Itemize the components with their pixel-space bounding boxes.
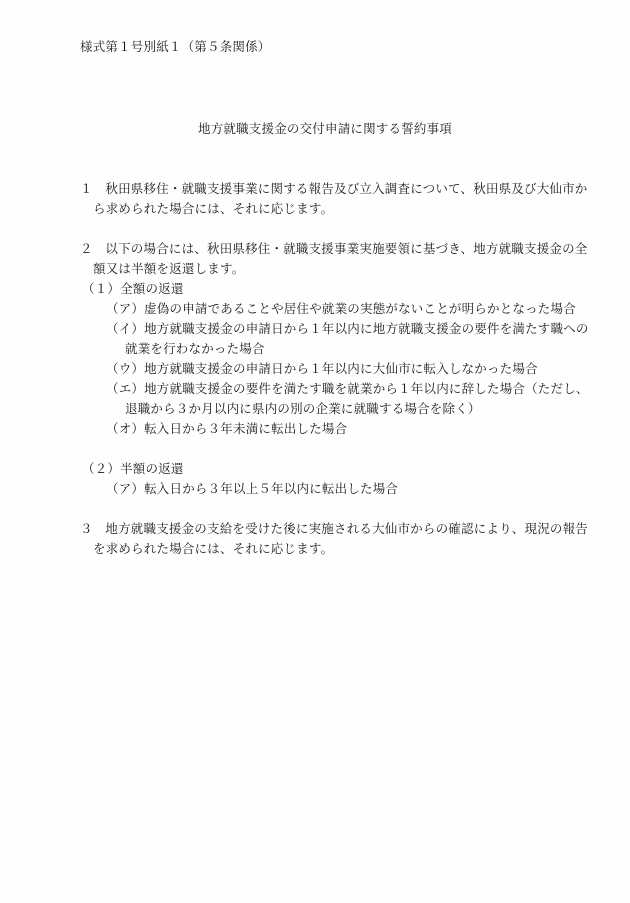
- subsection-1-entry-b-line-2: 就業を行わなかった場合: [125, 339, 265, 358]
- subsection-1-entry-c: （ウ）地方就職支援金の申請日から１年以内に大仙市に転入しなかった場合: [106, 359, 538, 378]
- item-3-line-1: ３ 地方就職支援金の支給を受けた後に実施される大仙市からの確認により、現況の報告: [80, 519, 588, 538]
- item-2-line-1: ２ 以下の場合には、秋田県移住・就職支援事業実施要領に基づき、地方就職支援金の全: [80, 239, 588, 258]
- document-page: 様式第１号別紙１（第５条関係） 地方就職支援金の交付申請に関する誓約事項 １ 秋…: [0, 0, 630, 903]
- form-label: 様式第１号別紙１（第５条関係）: [80, 37, 271, 56]
- subsection-1-entry-d-line-1: （エ）地方就職支援金の要件を満たす職を就業から１年以内に辞した場合（ただし、: [106, 379, 589, 398]
- item-2-line-2: 額又は半額を返還します。: [93, 259, 244, 278]
- subsection-1-entry-a: （ア）虚偽の申請であることや居住や就業の実態がないことが明らかとなった場合: [106, 299, 576, 318]
- subsection-1-entry-b-line-1: （イ）地方就職支援金の申請日から１年以内に地方就職支援金の要件を満たす職への: [106, 319, 589, 338]
- subsection-2-entry-a: （ア）転入日から３年以上５年以内に転出した場合: [106, 479, 398, 498]
- subsection-1-entry-e: （オ）転入日から３年未満に転出した場合: [106, 419, 347, 438]
- subsection-2-heading: （２）半額の返還: [82, 459, 184, 478]
- subsection-1-heading: （１）全額の返還: [82, 279, 184, 298]
- document-title: 地方就職支援金の交付申請に関する誓約事項: [198, 119, 452, 138]
- item-1-line-2: ら求められた場合には、それに応じます。: [93, 199, 333, 218]
- subsection-1-entry-d-line-2: 退職から３か月以内に県内の別の企業に就職する場合を除く）: [125, 399, 481, 418]
- item-1-line-1: １ 秋田県移住・就職支援事業に関する報告及び立入調査について、秋田県及び大仙市か: [80, 179, 588, 198]
- item-3-line-2: を求められた場合には、それに応じます。: [93, 539, 333, 558]
